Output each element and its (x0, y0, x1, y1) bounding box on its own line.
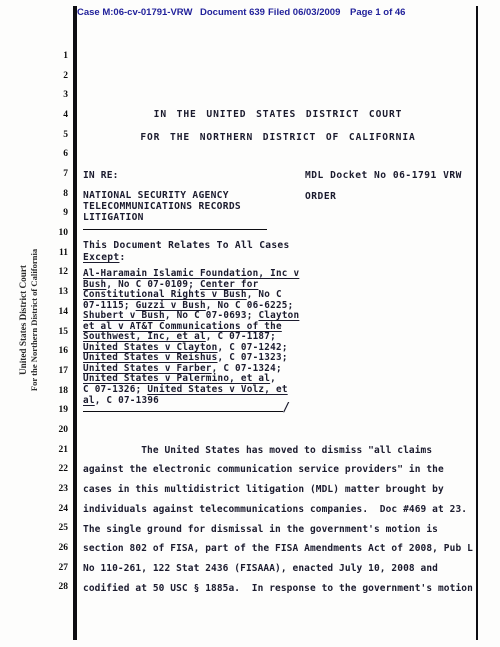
case-number: , No C (247, 289, 282, 300)
case-number: , C 07-1242; (218, 342, 288, 353)
body-line: No 110-261, 122 Stat 2436 (FISAAA), enac… (83, 563, 438, 574)
caption-closing-slash: / (283, 400, 290, 414)
case-number: , C 07-1324; (212, 363, 282, 374)
stamp-filed-date: Filed 06/03/2009 (268, 7, 340, 21)
case-name: Shubert v Bush (83, 310, 165, 321)
case-number: 07-1115; (83, 300, 136, 311)
case-number: , C 07-1323; (218, 352, 288, 363)
caption-in-re: IN RE: (83, 170, 119, 181)
case-number: , No C 06-6225; (206, 300, 294, 311)
caption-excluded-cases-list: Al-Haramain Islamic Foundation, Inc vBus… (83, 269, 299, 406)
court-title-line1: IN THE UNITED STATES DISTRICT COURT (83, 109, 473, 120)
case-name: Clayton (258, 310, 299, 321)
caption-relates-line: This Document Relates To All Cases (83, 240, 290, 251)
scanned-court-document-page: Case M:06-cv-01791-VRW Document 639 File… (0, 0, 500, 647)
case-name: Bush (83, 279, 106, 290)
line-number: 22 (50, 464, 68, 474)
line-number: 2 (50, 71, 68, 81)
line-number: 8 (50, 189, 68, 199)
case-name: United States v Farber (83, 363, 212, 374)
body-line: codified at 50 USC § 1885a. In response … (83, 583, 473, 594)
caption-party-underline (83, 229, 267, 230)
line-number: 7 (50, 169, 68, 179)
side-court-line1: United States District Court (18, 170, 29, 470)
case-name: United States v Palermino, et al (83, 373, 270, 384)
caption-closing-bar (83, 411, 283, 412)
line-number: 20 (50, 425, 68, 435)
line-number: 5 (50, 130, 68, 140)
line-number: 21 (50, 445, 68, 455)
line-number: 15 (50, 327, 68, 337)
case-name: Constitutional Rights v Bush (83, 289, 247, 300)
line-number: 23 (50, 484, 68, 494)
case-name: Al-Haramain Islamic Foundation, Inc v (83, 268, 299, 279)
body-line: individuals against telecommunications c… (83, 504, 467, 515)
body-line: against the electronic communication ser… (83, 464, 444, 475)
court-title-line2: FOR THE NORTHERN DISTRICT OF CALIFORNIA (83, 132, 473, 143)
case-name: Southwest, Inc, et al (83, 331, 206, 342)
line-number: 16 (50, 346, 68, 356)
caption-except-colon: : (119, 252, 125, 263)
case-name: Guzzi v Bush (136, 300, 206, 311)
case-name: United States v Clayton (83, 342, 218, 353)
caption-except-word: Except (83, 252, 119, 263)
line-number: 18 (50, 386, 68, 396)
case-name: United States v Volz, et (147, 384, 287, 395)
body-line: The United States has moved to dismiss "… (83, 445, 432, 456)
side-court-line2: For the Northern District of California (29, 170, 40, 470)
caption-closing-rule: / (83, 398, 295, 412)
line-number: 4 (50, 110, 68, 120)
line-number: 14 (50, 307, 68, 317)
line-number: 25 (50, 523, 68, 533)
line-number: 9 (50, 208, 68, 218)
line-number: 6 (50, 149, 68, 159)
line-number: 17 (50, 366, 68, 376)
line-number: 19 (50, 405, 68, 415)
line-number: 26 (50, 543, 68, 553)
pleading-left-rule (73, 6, 77, 640)
line-number: 13 (50, 287, 68, 297)
case-name: et al v AT&T Communications of the (83, 321, 282, 332)
case-number: , No C 07-0693; (165, 310, 259, 321)
caption-order-label: ORDER (305, 191, 336, 202)
body-line: section 802 of FISA, part of the FISA Am… (83, 543, 473, 554)
line-number: 12 (50, 267, 68, 277)
pleading-right-rule (476, 6, 478, 640)
body-line: cases in this multidistrict litigation (… (83, 484, 444, 495)
caption-except-line: Except: (83, 252, 126, 263)
line-number: 11 (50, 248, 68, 258)
line-number: 24 (50, 504, 68, 514)
case-number: , C 07-1187; (206, 331, 276, 342)
caption-party-name: NATIONAL SECURITY AGENCY TELECOMMUNICATI… (83, 190, 241, 223)
stamp-document-number: Document 639 (200, 7, 265, 21)
line-number: 27 (50, 563, 68, 573)
line-number: 28 (50, 582, 68, 592)
line-number: 1 (50, 51, 68, 61)
line-number: 3 (50, 90, 68, 100)
line-number: 10 (50, 228, 68, 238)
caption-docket-number: MDL Docket No 06-1791 VRW (305, 170, 462, 181)
stamp-page-count: Page 1 of 46 (350, 7, 405, 21)
case-number: , No C 07-0109; (106, 279, 200, 290)
case-name: Center for (200, 279, 258, 290)
body-line: The single ground for dismissal in the g… (83, 524, 438, 535)
case-number: C 07-1326; (83, 384, 147, 395)
side-margin-court-name: United States District Court For the Nor… (18, 170, 42, 470)
stamp-case-number: Case M:06-cv-01791-VRW (77, 7, 192, 21)
case-number: , (270, 373, 276, 384)
case-name: United States v Reishus (83, 352, 218, 363)
